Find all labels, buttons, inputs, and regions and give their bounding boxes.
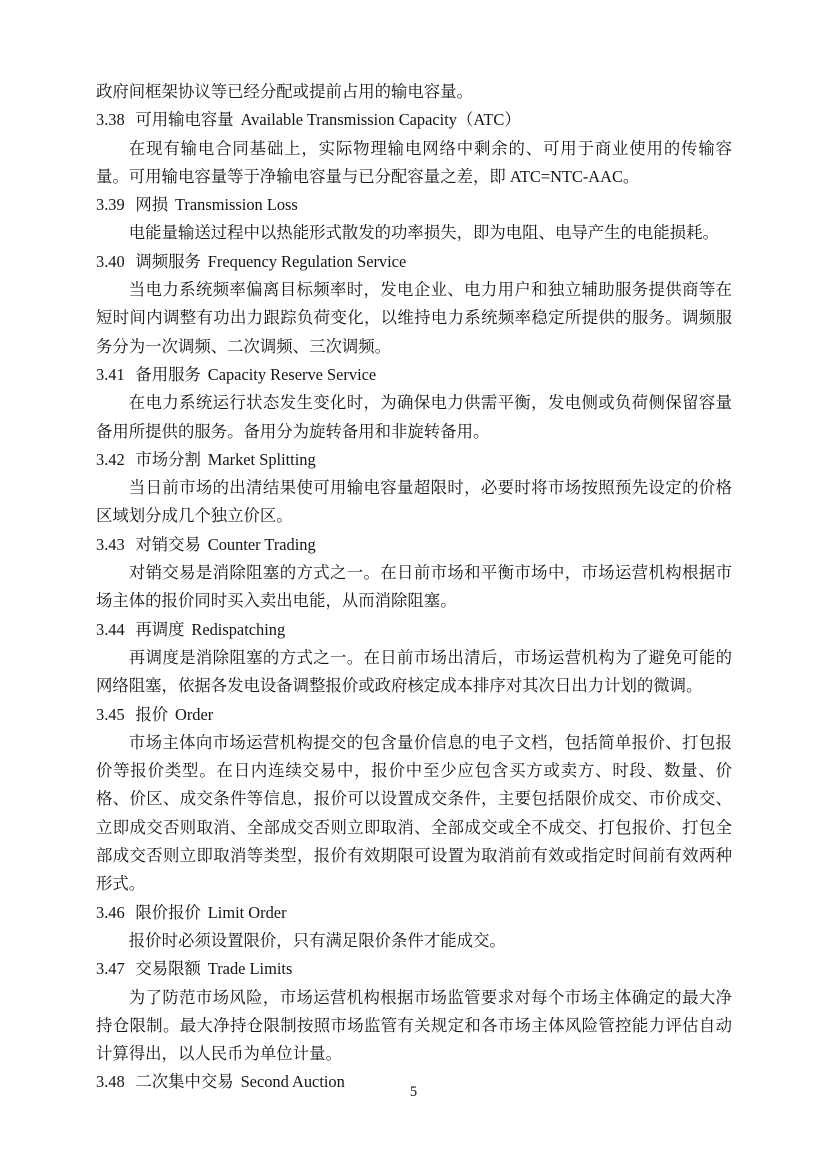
section-heading: 3.39网损Transmission Loss <box>96 191 732 219</box>
term-chinese: 备用服务 <box>135 365 201 384</box>
term-chinese: 再调度 <box>135 620 184 639</box>
paragraph: 对销交易是消除阻塞的方式之一。在日前市场和平衡市场中，市场运营机构根据市场主体的… <box>96 559 732 616</box>
paragraph: 政府间框架协议等已经分配或提前占用的输电容量。 <box>96 78 732 106</box>
term-english: Trade Limits <box>208 959 293 978</box>
section-heading: 3.43对销交易Counter Trading <box>96 531 732 559</box>
paragraph: 在电力系统运行状态发生变化时，为确保电力供需平衡，发电侧或负荷侧保留容量备用所提… <box>96 389 732 446</box>
paragraph: 当电力系统频率偏离目标频率时，发电企业、电力用户和独立辅助服务提供商等在短时间内… <box>96 276 732 361</box>
section-number: 3.42 <box>96 450 125 469</box>
paragraph: 市场主体向市场运营机构提交的包含量价信息的电子文档，包括简单报价、打包报价等报价… <box>96 729 732 899</box>
term-chinese: 限价报价 <box>135 903 201 922</box>
term-english: Counter Trading <box>208 535 316 554</box>
section-heading: 3.46限价报价Limit Order <box>96 899 732 927</box>
section-number: 3.43 <box>96 535 125 554</box>
section-heading: 3.42市场分割Market Splitting <box>96 446 732 474</box>
section-heading: 3.41备用服务Capacity Reserve Service <box>96 361 732 389</box>
term-chinese: 网损 <box>135 195 168 214</box>
term-chinese: 对销交易 <box>135 535 201 554</box>
page-number: 5 <box>0 1078 827 1106</box>
paragraph: 再调度是消除阻塞的方式之一。在日前市场出清后，市场运营机构为了避免可能的网络阻塞… <box>96 644 732 701</box>
paragraph: 在现有输电合同基础上，实际物理输电网络中剩余的、可用于商业使用的传输容量。可用输… <box>96 135 732 192</box>
section-number: 3.44 <box>96 620 125 639</box>
section-heading: 3.44再调度Redispatching <box>96 616 732 644</box>
section-number: 3.46 <box>96 903 125 922</box>
term-chinese: 调频服务 <box>135 252 201 271</box>
term-english: Frequency Regulation Service <box>208 252 406 271</box>
term-english: Transmission Loss <box>175 195 298 214</box>
term-chinese: 交易限额 <box>135 959 201 978</box>
term-english: Market Splitting <box>208 450 316 469</box>
section-number: 3.39 <box>96 195 125 214</box>
section-number: 3.47 <box>96 959 125 978</box>
paragraph: 当日前市场的出清结果使可用输电容量超限时，必要时将市场按照预先设定的价格区域划分… <box>96 474 732 531</box>
term-english: Capacity Reserve Service <box>208 365 376 384</box>
term-english: Available Transmission Capacity（ATC） <box>241 110 521 129</box>
section-number: 3.41 <box>96 365 125 384</box>
section-number: 3.40 <box>96 252 125 271</box>
section-heading: 3.38可用输电容量Available Transmission Capacit… <box>96 106 732 134</box>
term-english: Order <box>175 705 213 724</box>
term-english: Limit Order <box>208 903 287 922</box>
section-number: 3.38 <box>96 110 125 129</box>
term-chinese: 市场分割 <box>135 450 201 469</box>
section-number: 3.45 <box>96 705 125 724</box>
paragraph: 电能量输送过程中以热能形式散发的功率损失，即为电阻、电导产生的电能损耗。 <box>96 219 732 247</box>
term-english: Redispatching <box>191 620 285 639</box>
term-chinese: 可用输电容量 <box>135 110 233 129</box>
term-chinese: 报价 <box>135 705 168 724</box>
section-heading: 3.47交易限额Trade Limits <box>96 955 732 983</box>
document-page: 政府间框架协议等已经分配或提前占用的输电容量。 3.38可用输电容量Availa… <box>0 0 827 1169</box>
section-heading: 3.45报价Order <box>96 701 732 729</box>
paragraph: 为了防范市场风险，市场运营机构根据市场监管要求对每个市场主体确定的最大净持仓限制… <box>96 984 732 1069</box>
paragraph: 报价时必须设置限价，只有满足限价条件才能成交。 <box>96 927 732 955</box>
document-body: 政府间框架协议等已经分配或提前占用的输电容量。 3.38可用输电容量Availa… <box>96 78 732 1097</box>
section-heading: 3.40调频服务Frequency Regulation Service <box>96 248 732 276</box>
